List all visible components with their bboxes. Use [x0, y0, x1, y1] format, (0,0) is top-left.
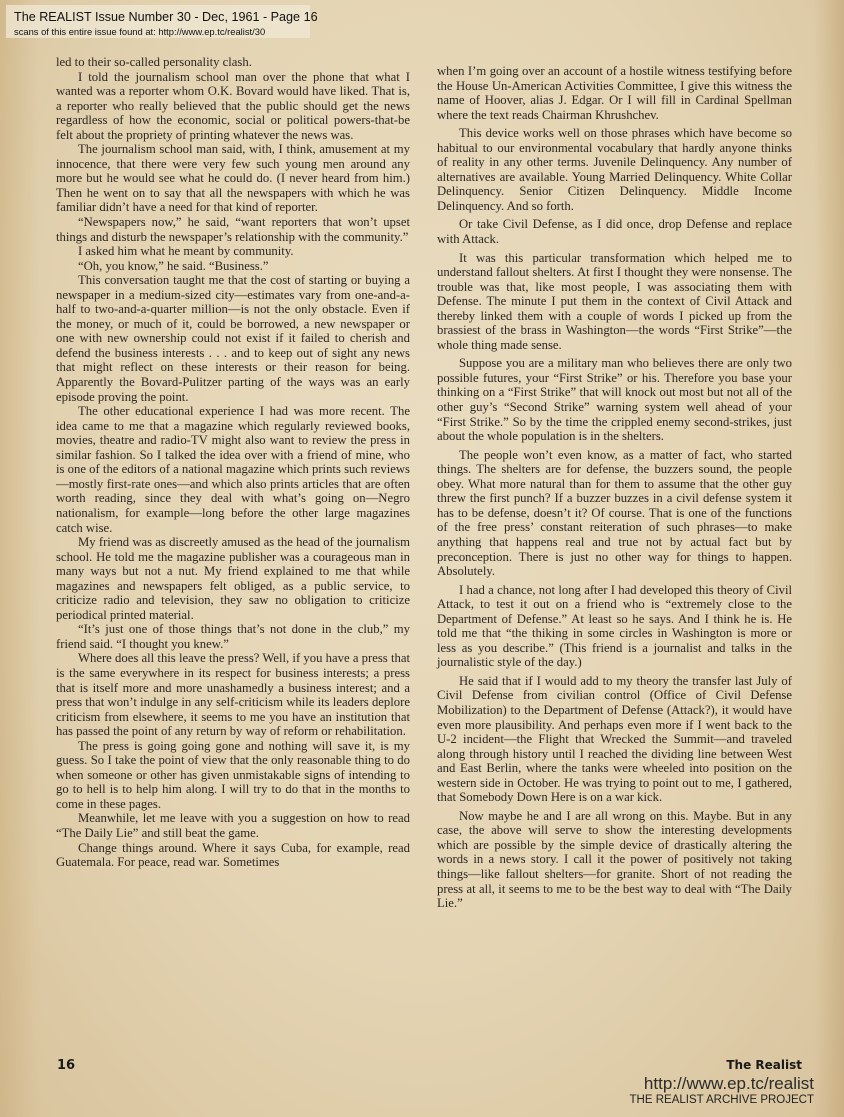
- scan-header-subtitle: scans of this entire issue found at: htt…: [14, 26, 265, 37]
- paragraph: The press is going going gone and nothin…: [56, 739, 410, 812]
- paragraph: Suppose you are a military man who belie…: [437, 356, 792, 443]
- paragraph: Meanwhile, let me leave with you a sugge…: [56, 811, 410, 840]
- paragraph: “Newspapers now,” he said, “want reporte…: [56, 215, 410, 244]
- paragraph: Where does all this leave the press? Wel…: [56, 651, 410, 738]
- paragraph: I had a chance, not long after I had dev…: [437, 583, 792, 670]
- scan-header: The REALIST Issue Number 30 - Dec, 1961 …: [6, 5, 310, 38]
- paragraph: It was this particular transformation wh…: [437, 251, 792, 353]
- paragraph: Change things around. Where it says Cuba…: [56, 841, 410, 870]
- paragraph: “Oh, you know,” he said. “Business.”: [56, 259, 410, 274]
- paper-edge-left: [0, 0, 40, 1117]
- paragraph: The other educational experience I had w…: [56, 404, 410, 535]
- paper-edge-right: [814, 0, 844, 1117]
- paragraph: Now maybe he and I are all wrong on this…: [437, 809, 792, 911]
- paragraph: He said that if I would add to my theory…: [437, 674, 792, 805]
- article-column-left: led to their so-called personality clash…: [56, 55, 410, 870]
- paragraph: “It’s just one of those things that’s no…: [56, 622, 410, 651]
- paragraph: when I’m going over an account of a host…: [437, 64, 792, 122]
- archive-footer: The Realist http://www.ep.tc/realist THE…: [632, 1058, 814, 1106]
- paragraph: This device works well on those phrases …: [437, 126, 792, 213]
- paragraph: My friend was as discreetly amused as th…: [56, 535, 410, 622]
- paragraph: I told the journalism school man over th…: [56, 70, 410, 143]
- scan-header-title: The REALIST Issue Number 30 - Dec, 1961 …: [14, 10, 318, 24]
- page-number: 16: [57, 1058, 75, 1073]
- article-column-right: when I’m going over an account of a host…: [437, 64, 792, 915]
- paragraph: The journalism school man said, with, I …: [56, 142, 410, 215]
- magazine-logo: The Realist: [632, 1058, 802, 1072]
- archive-url-link[interactable]: http://www.ep.tc/realist: [632, 1074, 814, 1093]
- paragraph: led to their so-called personality clash…: [56, 55, 410, 70]
- paragraph: The people won’t even know, as a matter …: [437, 448, 792, 579]
- archive-project-label: THE REALIST ARCHIVE PROJECT: [630, 1094, 814, 1106]
- paragraph: Or take Civil Defense, as I did once, dr…: [437, 217, 792, 246]
- paragraph: This conversation taught me that the cos…: [56, 273, 410, 404]
- paragraph: I asked him what he meant by community.: [56, 244, 410, 259]
